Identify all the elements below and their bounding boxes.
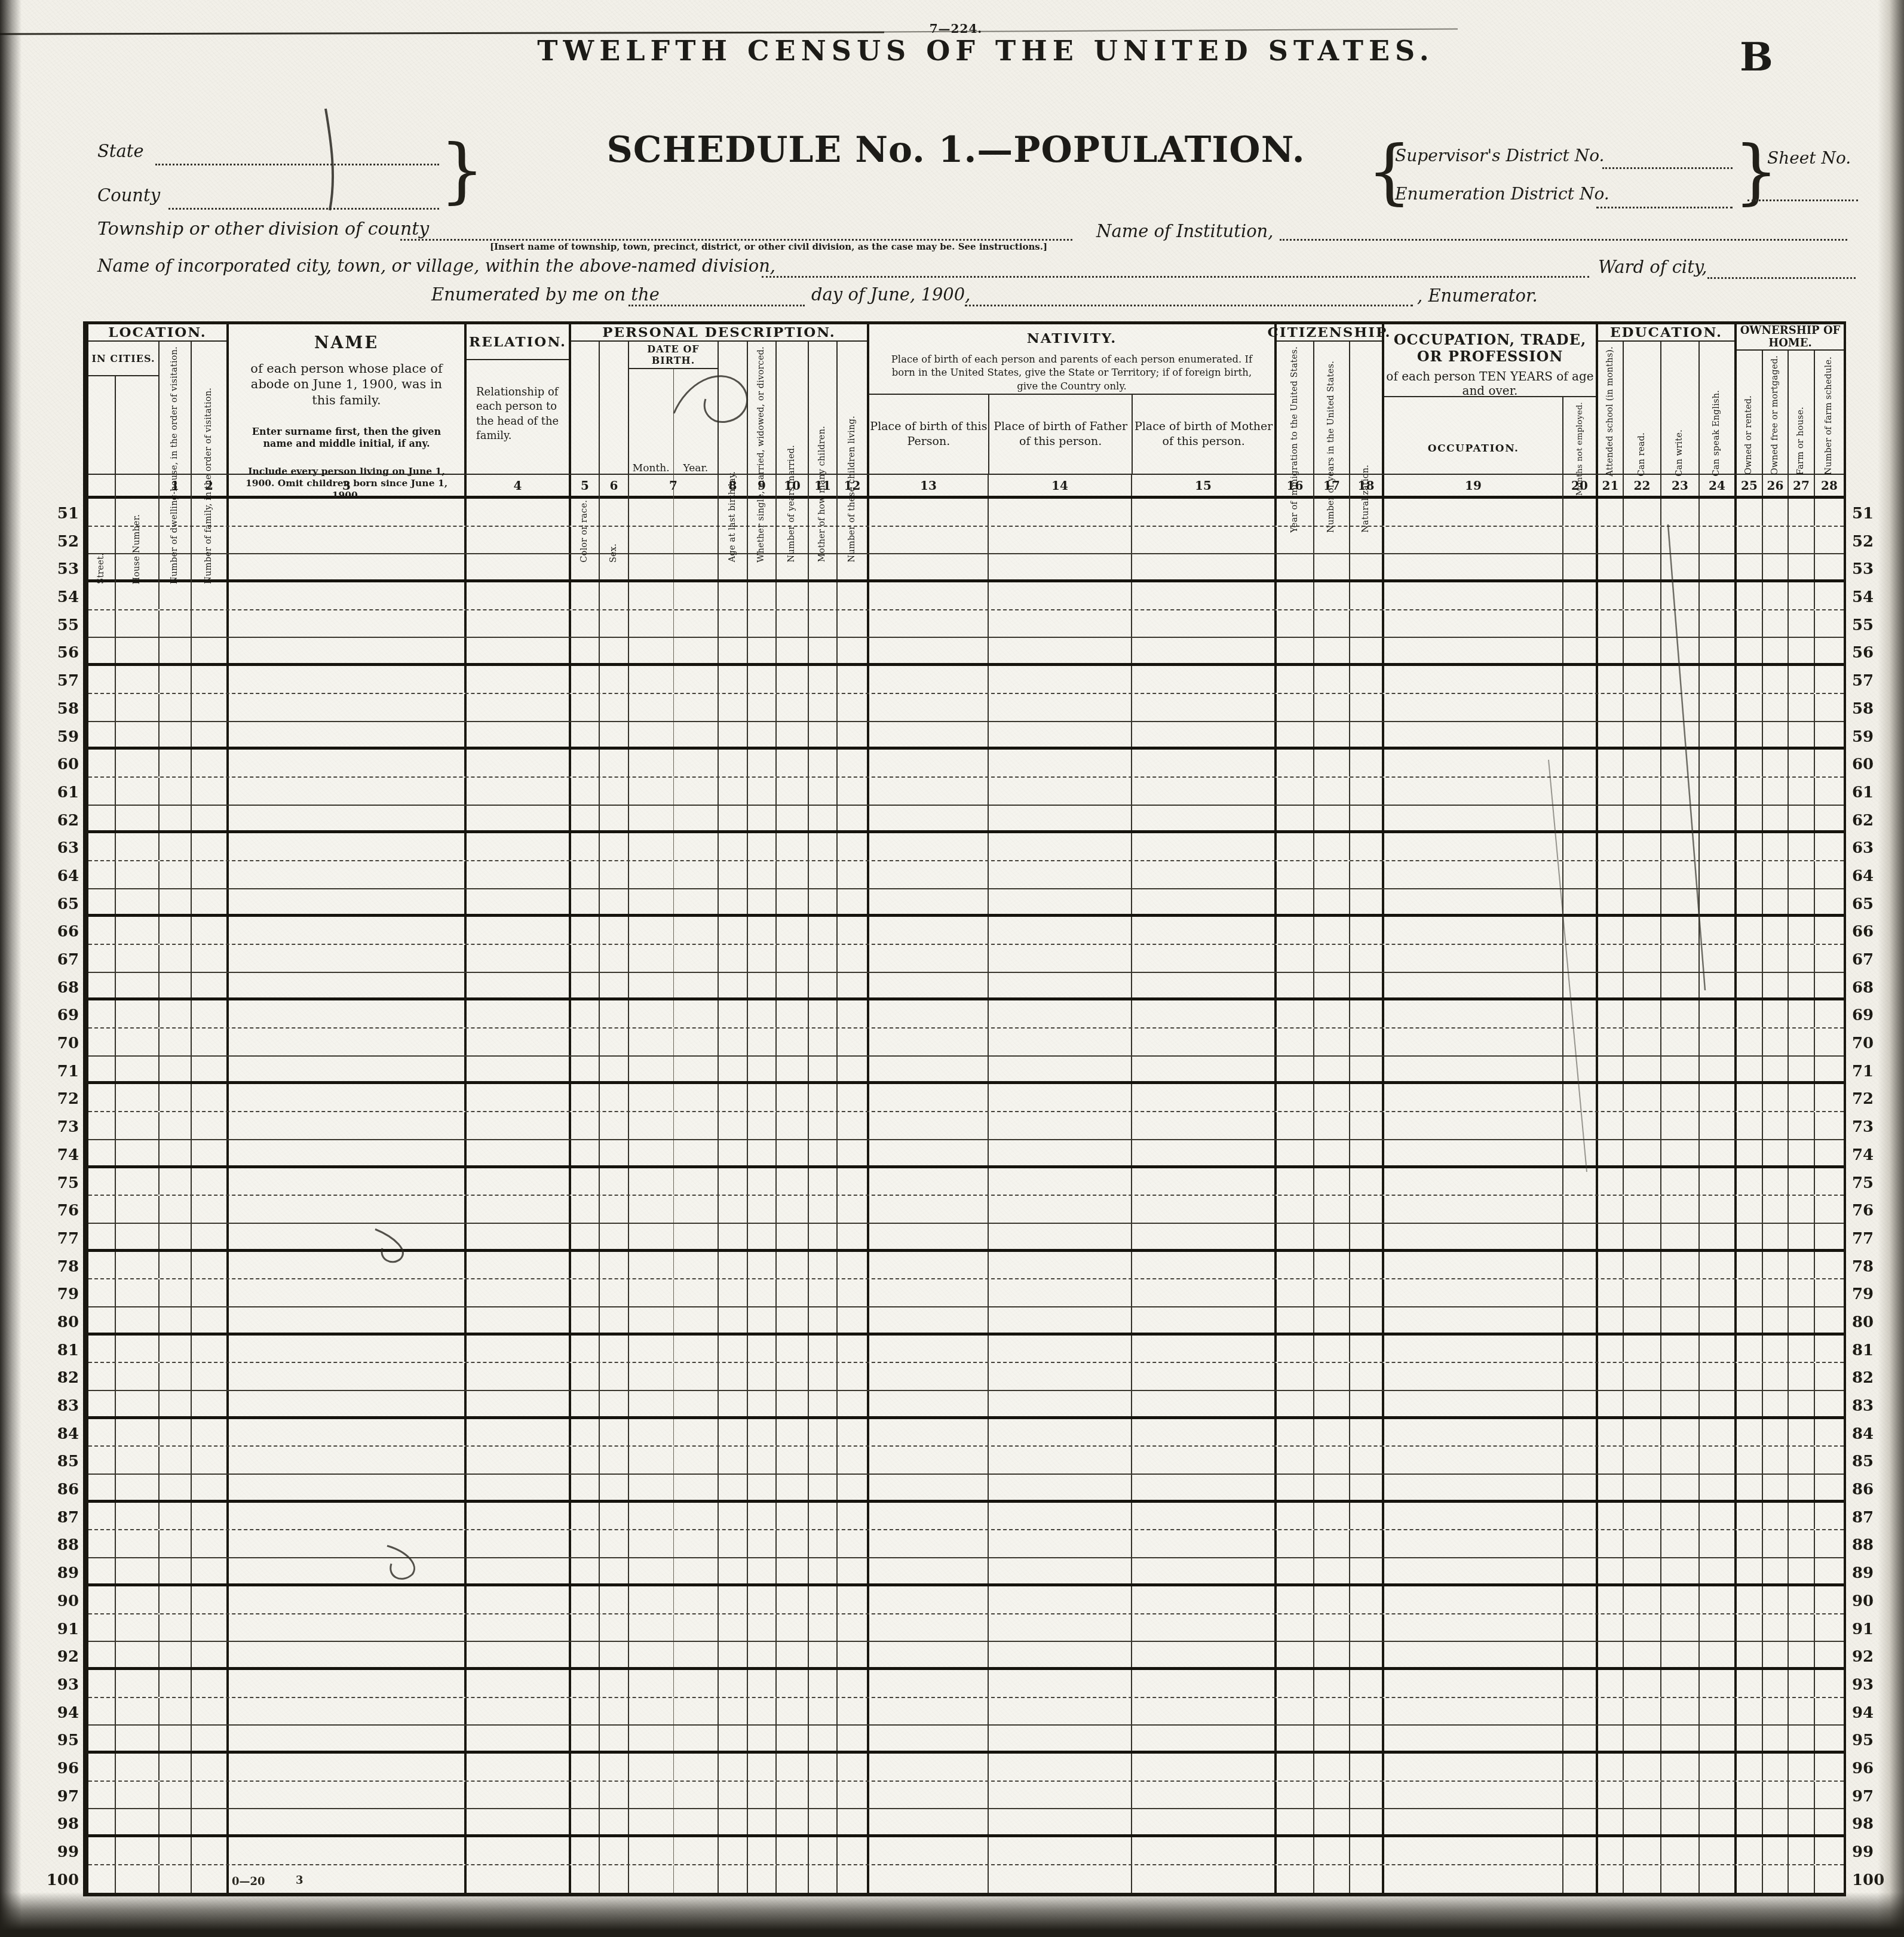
row-cell (116, 666, 160, 693)
row-cell (809, 1057, 838, 1082)
table-row (88, 889, 1844, 917)
row-cell (1815, 694, 1844, 721)
row-cell (116, 1279, 160, 1306)
row-cell (1763, 666, 1789, 693)
row-cell (629, 861, 674, 888)
row-cell (748, 973, 777, 998)
row-cell (1132, 973, 1277, 998)
row-cell (629, 527, 674, 554)
row-cell (869, 666, 989, 693)
row-cell (1737, 1419, 1763, 1446)
row-cell (674, 582, 719, 609)
row-cell (160, 778, 192, 805)
row-cell (838, 1726, 869, 1751)
enumeration-district-fill[interactable] (1596, 207, 1733, 208)
row-cell (719, 1419, 748, 1446)
row-cell (1815, 1307, 1844, 1333)
row-cell (229, 1586, 467, 1613)
row-cell (467, 1419, 571, 1446)
row-cell (1624, 1530, 1661, 1557)
supervisor-district-fill[interactable] (1602, 167, 1733, 169)
row-cell (571, 1726, 600, 1751)
row-cell (989, 1586, 1132, 1613)
table-row (88, 1475, 1844, 1503)
row-cell (777, 1726, 809, 1751)
row-cell (1277, 1837, 1314, 1864)
row-cell (600, 1754, 629, 1781)
ward-of-city-label: Ward of city, (1598, 257, 1707, 277)
printer-mark: 0—20 (232, 1875, 265, 1888)
row-cell (1598, 582, 1624, 609)
row-cell (1815, 1447, 1844, 1474)
row-cell (674, 610, 719, 637)
row-cell (1277, 1252, 1314, 1279)
row-cell (1314, 889, 1350, 914)
row-cell (1700, 1419, 1737, 1446)
row-cell (674, 1168, 719, 1195)
row-cell (1661, 1168, 1700, 1195)
row-cell (809, 1112, 838, 1139)
row-cell (160, 1000, 192, 1027)
row-cell (719, 1363, 748, 1390)
row-cell (1700, 638, 1737, 663)
row-cell (1737, 861, 1763, 888)
row-cell (748, 1558, 777, 1583)
row-cell (629, 1168, 674, 1195)
row-number: 58 (35, 695, 79, 723)
row-cell (1350, 1000, 1384, 1027)
row-cell (869, 1252, 989, 1279)
row-cell (1132, 1642, 1277, 1667)
row-cell (160, 806, 192, 831)
table-row (88, 1336, 1844, 1364)
institution-fill-line[interactable] (1280, 239, 1847, 241)
row-cell (1598, 1447, 1624, 1474)
row-cell (192, 1754, 229, 1781)
table-row (88, 694, 1844, 722)
row-cell (1700, 1558, 1737, 1583)
row-cell (1563, 1865, 1598, 1893)
row-cell (1700, 1057, 1737, 1082)
row-cell (777, 1252, 809, 1279)
row-cell (116, 973, 160, 998)
row-cell (1789, 1698, 1815, 1725)
row-cell (809, 1503, 838, 1530)
row-cell (1350, 917, 1384, 944)
row-cell (809, 1391, 838, 1416)
row-cell (869, 1726, 989, 1751)
row-cell (1277, 1307, 1314, 1333)
ward-of-city-fill[interactable] (1707, 277, 1856, 279)
row-cell (1624, 917, 1661, 944)
row-cell (88, 1782, 116, 1809)
row-cell (116, 1726, 160, 1751)
row-cell (719, 1391, 748, 1416)
row-cell (629, 1336, 674, 1362)
row-cell (467, 1530, 571, 1557)
row-cell (88, 1252, 116, 1279)
incorporated-city-fill[interactable] (762, 276, 1589, 278)
row-cell (116, 1530, 160, 1557)
row-cell (467, 499, 571, 526)
group-occupation: OCCUPATION, TRADE, OR PROFESSION of each… (1384, 324, 1598, 474)
row-cell (869, 1057, 989, 1082)
row-cell (467, 1196, 571, 1223)
county-fill-line[interactable] (168, 208, 439, 210)
row-cell (600, 638, 629, 663)
row-cell (1598, 1084, 1624, 1111)
row-cell (116, 1084, 160, 1111)
row-cell (1661, 1057, 1700, 1082)
row-cell (1789, 1782, 1815, 1809)
sheet-no-fill[interactable] (1747, 199, 1858, 201)
row-cell (809, 945, 838, 972)
row-cell (1737, 1837, 1763, 1864)
state-fill-line[interactable] (155, 164, 439, 165)
row-cell (838, 806, 869, 831)
row-cell (1384, 499, 1563, 526)
row-cell (571, 1000, 600, 1027)
row-number: 95 (35, 1727, 79, 1755)
row-cell (1661, 1558, 1700, 1583)
row-cell (1700, 1029, 1737, 1055)
row-cell (88, 527, 116, 554)
row-cell (1763, 1698, 1789, 1725)
row-cell (1789, 806, 1815, 831)
table-row (88, 1084, 1844, 1112)
row-cell (1384, 1475, 1563, 1500)
row-cell (467, 638, 571, 663)
row-cell (719, 1503, 748, 1530)
row-cell (600, 861, 629, 888)
row-cell (1598, 1782, 1624, 1809)
row-cell (1700, 861, 1737, 888)
row-number: 57 (35, 667, 79, 695)
row-cell (1563, 1558, 1598, 1583)
row-cell (1661, 750, 1700, 776)
row-cell (1700, 1391, 1737, 1416)
row-cell (1661, 1084, 1700, 1111)
row-cell (1661, 1252, 1700, 1279)
row-cell (467, 694, 571, 721)
row-cell (869, 1307, 989, 1333)
owned-free-mortgaged-header: Owned free or mortgaged. (1763, 351, 1789, 480)
row-cell (629, 889, 674, 914)
row-cell (989, 1419, 1132, 1446)
row-cell (1350, 694, 1384, 721)
row-cell (1624, 499, 1661, 526)
row-cell (1277, 1614, 1314, 1641)
row-cell (1277, 1447, 1314, 1474)
row-cell (1563, 1419, 1598, 1446)
row-cell (674, 973, 719, 998)
row-cell (116, 1000, 160, 1027)
row-cell (1624, 1112, 1661, 1139)
row-cell (467, 1057, 571, 1082)
row-cell (1700, 1698, 1737, 1725)
row-cell (719, 1084, 748, 1111)
row-number: 92 (35, 1643, 79, 1671)
row-cell (1815, 554, 1844, 579)
row-cell (719, 1642, 748, 1667)
row-cell (1763, 1140, 1789, 1165)
row-cell (748, 1252, 777, 1279)
row-cell (1624, 1279, 1661, 1306)
row-cell (838, 1252, 869, 1279)
row-cell (809, 1642, 838, 1667)
row-cell (989, 833, 1132, 860)
supervisor-district-label: Supervisor's District No. (1395, 146, 1604, 165)
row-cell (160, 833, 192, 860)
row-cell (229, 1754, 467, 1781)
row-cell (1763, 722, 1789, 747)
row-cell (1384, 1670, 1563, 1697)
row-cell (1132, 1029, 1277, 1055)
row-cell (989, 1336, 1132, 1362)
row-cell (1763, 1252, 1789, 1279)
row-cell (1132, 1196, 1277, 1223)
row-cell (1277, 1754, 1314, 1781)
census-form-page: 7—224. TWELFTH CENSUS OF THE UNITED STAT… (0, 0, 1904, 1937)
row-cell (192, 1140, 229, 1165)
row-cell (1737, 1586, 1763, 1613)
row-cell (116, 889, 160, 914)
row-cell (1563, 1614, 1598, 1641)
row-cell (192, 1336, 229, 1362)
row-cell (748, 1782, 777, 1809)
row-cell (116, 1336, 160, 1362)
row-cell (869, 1754, 989, 1781)
row-cell (838, 1419, 869, 1446)
row-cell (838, 1614, 869, 1641)
row-cell (1700, 694, 1737, 721)
row-cell (1763, 917, 1789, 944)
row-cell (989, 1698, 1132, 1725)
row-cell (571, 1224, 600, 1249)
row-cell (192, 1168, 229, 1195)
row-cell (88, 610, 116, 637)
row-cell (229, 1224, 467, 1249)
row-cell (1384, 1252, 1563, 1279)
township-fill-line[interactable] (400, 239, 1072, 241)
row-cell (838, 1363, 869, 1390)
row-cell (1314, 1754, 1350, 1781)
row-cell (838, 1029, 869, 1055)
row-cell (600, 1530, 629, 1557)
row-cell (1384, 1809, 1563, 1834)
row-cell (869, 1475, 989, 1500)
row-cell (1384, 1586, 1563, 1613)
row-cell (1815, 1084, 1844, 1111)
row-cell (777, 610, 809, 637)
row-cell (869, 1670, 989, 1697)
row-cell (1563, 1196, 1598, 1223)
row-cell (1661, 1726, 1700, 1751)
row-cell (600, 1447, 629, 1474)
row-cell (1789, 1224, 1815, 1249)
row-cell (777, 945, 809, 972)
row-cell (777, 778, 809, 805)
row-number: 84 (35, 1420, 79, 1448)
row-cell (88, 1029, 116, 1055)
row-cell (1132, 722, 1277, 747)
row-cell (1624, 1391, 1661, 1416)
row-cell (1700, 778, 1737, 805)
row-number: 78 (35, 1253, 79, 1281)
row-cell (1815, 1670, 1844, 1697)
row-cell (600, 1503, 629, 1530)
row-number: 85 (35, 1448, 79, 1476)
row-cell (869, 1000, 989, 1027)
row-cell (869, 1196, 989, 1223)
row-cell (1598, 666, 1624, 693)
row-cell (1314, 1307, 1350, 1333)
row-cell (838, 1057, 869, 1082)
row-cell (629, 666, 674, 693)
row-cell (160, 694, 192, 721)
occupation-subtitle: of each person TEN YEARS of age and over… (1384, 369, 1596, 398)
institution-label: Name of Institution, (1096, 221, 1274, 241)
row-cell (1700, 1670, 1737, 1697)
enumerated-day-fill[interactable] (628, 305, 805, 306)
row-cell (1763, 1726, 1789, 1751)
row-cell (1598, 861, 1624, 888)
enumerator-name-fill[interactable] (965, 305, 1413, 306)
row-cell (1700, 554, 1737, 579)
row-cell (160, 1140, 192, 1165)
row-cell (192, 1419, 229, 1446)
row-cell (1350, 750, 1384, 776)
row-cell (1789, 1865, 1815, 1893)
row-cell (1277, 1224, 1314, 1249)
row-cell (1624, 973, 1661, 998)
row-cell (1563, 1391, 1598, 1416)
row-cell (571, 861, 600, 888)
colnum-street (88, 475, 116, 496)
row-cell (1789, 1307, 1815, 1333)
row-cell (719, 861, 748, 888)
table-row (88, 499, 1844, 527)
row-number: 67 (35, 946, 79, 974)
row-number: 74 (35, 1141, 79, 1169)
row-cell (989, 1558, 1132, 1583)
row-cell (809, 1168, 838, 1195)
row-cell (116, 1196, 160, 1223)
row-cell (748, 750, 777, 776)
row-cell (1624, 1642, 1661, 1667)
row-number: 83 (35, 1392, 79, 1420)
colnum-19: 19 (1384, 475, 1563, 496)
row-cell (1314, 1363, 1350, 1390)
row-cell (777, 1336, 809, 1362)
row-cell (1815, 499, 1844, 526)
row-cell (571, 1391, 600, 1416)
row-cell (838, 1754, 869, 1781)
row-cell (1789, 1391, 1815, 1416)
row-number: 86 (35, 1476, 79, 1504)
row-cell (1132, 1754, 1277, 1781)
row-cell (1815, 1475, 1844, 1500)
row-cell (1277, 861, 1314, 888)
row-cell (1624, 1140, 1661, 1165)
row-cell (229, 1391, 467, 1416)
row-cell (809, 1865, 838, 1893)
row-cell (1624, 582, 1661, 609)
row-cell (748, 1168, 777, 1195)
row-cell (1661, 1865, 1700, 1893)
row-cell (748, 917, 777, 944)
row-cell (838, 1279, 869, 1306)
row-cell (1598, 889, 1624, 914)
row-cell (777, 1307, 809, 1333)
row-cell (1815, 889, 1844, 914)
row-cell (600, 694, 629, 721)
row-cell (1132, 554, 1277, 579)
row-cell (674, 917, 719, 944)
row-cell (869, 1168, 989, 1195)
row-cell (1624, 1000, 1661, 1027)
row-cell (1661, 666, 1700, 693)
row-cell (1815, 1391, 1844, 1416)
row-cell (1815, 750, 1844, 776)
row-cell (1789, 1726, 1815, 1751)
row-cell (229, 694, 467, 721)
row-cell (674, 1112, 719, 1139)
row-cell (467, 1503, 571, 1530)
row-cell (748, 1586, 777, 1613)
birthplace-person-header: Place of birth of this Person. (869, 395, 989, 474)
row-cell (1277, 1726, 1314, 1751)
row-cell (719, 945, 748, 972)
row-cell (1384, 610, 1563, 637)
row-cell (629, 1391, 674, 1416)
row-cell (600, 1558, 629, 1583)
row-cell (467, 722, 571, 747)
row-cell (1384, 527, 1563, 554)
row-cell (1277, 889, 1314, 914)
row-cell (674, 806, 719, 831)
row-cell (1661, 1614, 1700, 1641)
table-row (88, 1698, 1844, 1726)
row-cell (1277, 582, 1314, 609)
row-cell (1563, 1084, 1598, 1111)
row-cell (748, 1503, 777, 1530)
row-cell (1384, 1447, 1563, 1474)
table-row (88, 1391, 1844, 1419)
row-cell (629, 1363, 674, 1390)
row-cell (1789, 973, 1815, 998)
table-row (88, 1252, 1844, 1280)
row-cell (809, 1530, 838, 1557)
row-cell (809, 582, 838, 609)
row-cell (1700, 499, 1737, 526)
row-cell (809, 1475, 838, 1500)
row-cell (116, 1475, 160, 1500)
row-cell (674, 1726, 719, 1751)
row-cell (88, 638, 116, 663)
row-cell (1132, 806, 1277, 831)
row-cell (1737, 1670, 1763, 1697)
row-cell (160, 973, 192, 998)
row-cell (1700, 833, 1737, 860)
row-cell (1624, 1809, 1661, 1834)
row-cell (674, 1363, 719, 1390)
row-cell (1661, 1837, 1700, 1864)
row-cell (748, 1391, 777, 1416)
row-cell (192, 1475, 229, 1500)
row-number: 88 (35, 1531, 79, 1560)
row-cell (160, 1670, 192, 1697)
